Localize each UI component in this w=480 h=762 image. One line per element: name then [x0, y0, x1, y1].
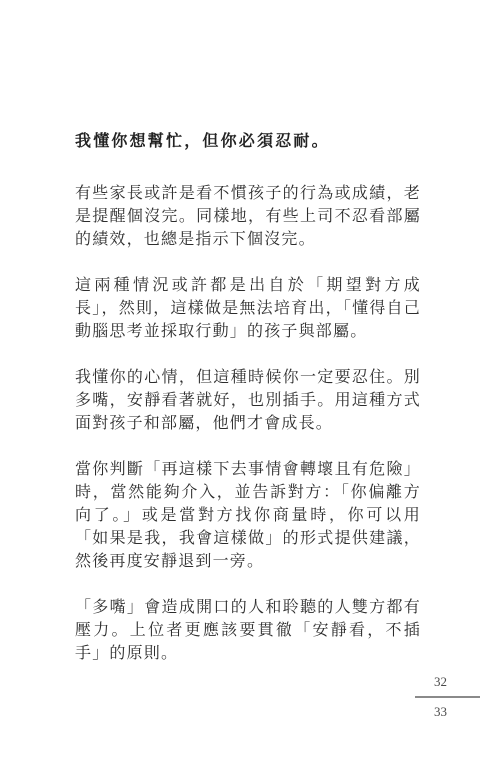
paragraph: 當你判斷「再這樣下去事情會轉壞且有危險」時，當然能夠介入，並告訴對方：「你偏離方…	[75, 458, 421, 573]
page-title: 我懂你想幫忙，但你必須忍耐。	[75, 130, 421, 154]
paragraph: 「多嘴」會造成開口的人和聆聽的人雙方都有壓力。上位者更應該要貫徹「安靜看，不插手…	[75, 596, 421, 665]
page-number-block: 32 33	[415, 674, 480, 720]
page-number-bottom: 33	[415, 704, 480, 720]
page-content: 我懂你想幫忙，但你必須忍耐。 有些家長或許是看不慣孩子的行為或成績，老是提醒個沒…	[75, 130, 421, 665]
paragraph: 這兩種情況或許都是出自於「期望對方成長」，然則，這樣做是無法培育出，「懂得自己動…	[75, 274, 421, 343]
paragraph: 有些家長或許是看不慣孩子的行為或成績，老是提醒個沒完。同樣地，有些上司不忍看部屬…	[75, 182, 421, 251]
paragraph: 我懂你的心情，但這種時候你一定要忍住。別多嘴，安靜看著就好，也別插手。用這種方式…	[75, 366, 421, 435]
page-number-divider	[415, 696, 480, 698]
book-page: 我懂你想幫忙，但你必須忍耐。 有些家長或許是看不慣孩子的行為或成績，老是提醒個沒…	[0, 0, 480, 762]
page-number-top: 32	[415, 674, 480, 690]
